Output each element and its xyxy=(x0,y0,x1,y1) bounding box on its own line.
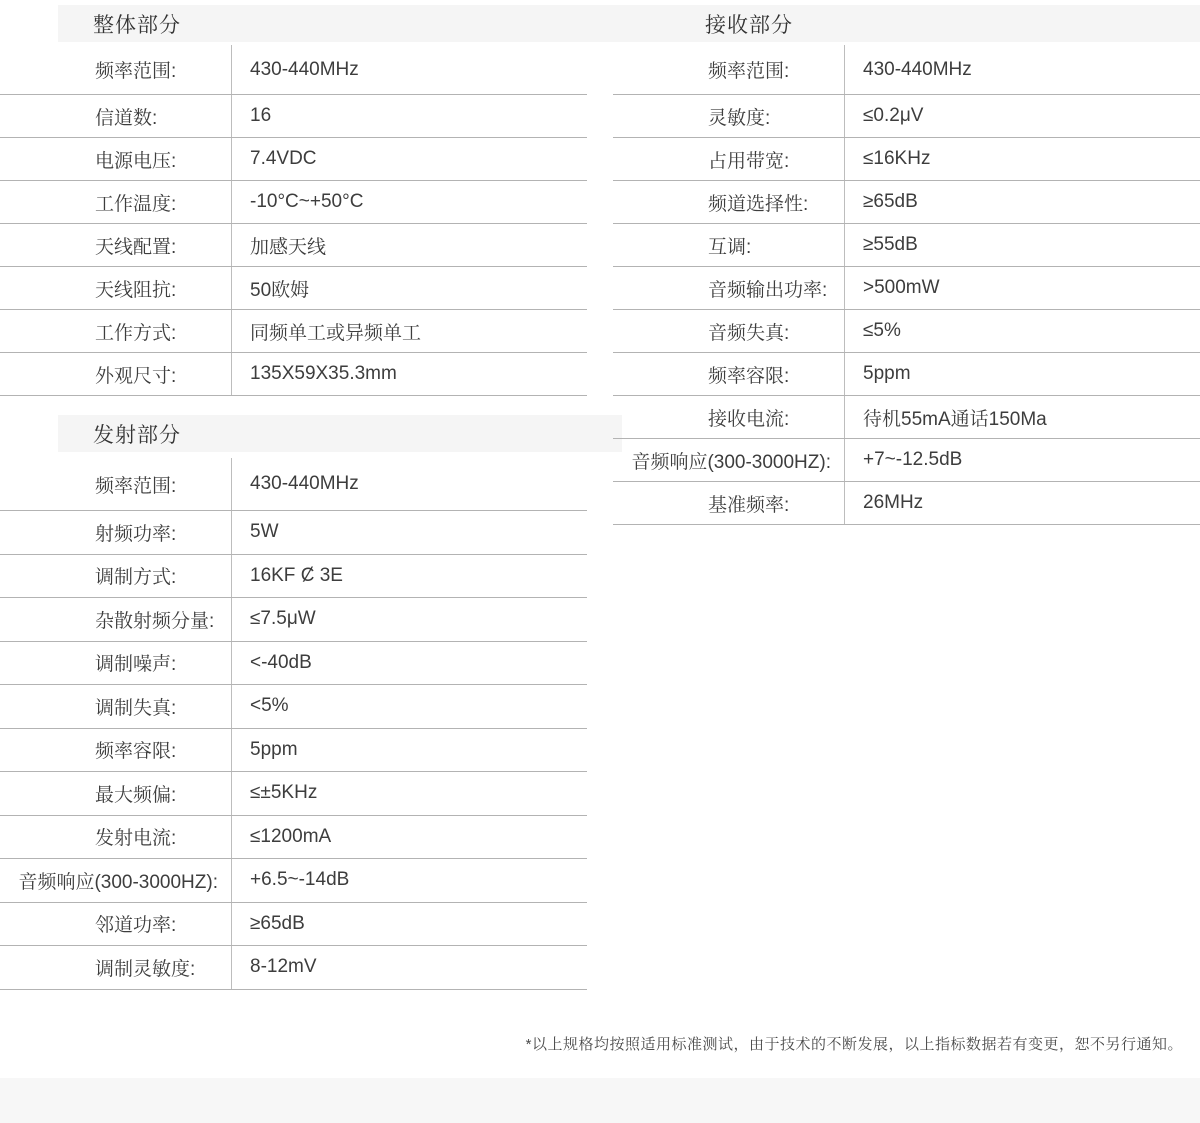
spec-label: 发射电流: xyxy=(0,816,232,859)
spec-value: ≤1200mA xyxy=(232,816,587,859)
spec-table-transmit: 频率范围:430-440MHz射频功率:5W调制方式:16KF Ȼ 3E杂散射频… xyxy=(0,458,587,990)
spec-label: 音频失真: xyxy=(613,310,845,352)
section-header-receive: 接收部分 xyxy=(613,5,1200,42)
spec-label: 天线阻抗: xyxy=(0,267,232,309)
spec-label: 接收电流: xyxy=(613,396,845,438)
spec-row: 发射电流:≤1200mA xyxy=(0,816,587,860)
spec-label: 工作方式: xyxy=(0,310,232,352)
spec-row: 频率范围:430-440MHz xyxy=(0,45,587,95)
spec-value: 5ppm xyxy=(232,729,587,772)
footer-band xyxy=(0,1078,1200,1123)
spec-value: +6.5~-14dB xyxy=(232,859,587,902)
spec-label: 调制方式: xyxy=(0,555,232,598)
spec-value: 430-440MHz xyxy=(845,45,1200,94)
spec-table-receive: 频率范围:430-440MHz灵敏度:≤0.2μV占用带宽:≤16KHz频道选择… xyxy=(613,45,1200,525)
spec-value: 50欧姆 xyxy=(232,267,587,309)
section-title: 整体部分 xyxy=(93,9,181,39)
spec-label: 外观尺寸: xyxy=(0,353,232,395)
spec-value: 16 xyxy=(232,95,587,137)
spec-row: 频率容限:5ppm xyxy=(0,729,587,773)
spec-value: ≤0.2μV xyxy=(845,95,1200,137)
section-title: 发射部分 xyxy=(93,419,181,449)
spec-value: ≥65dB xyxy=(232,903,587,946)
footnote: *以上规格均按照适用标准测试，由于技术的不断发展，以上指标数据若有变更，恕不另行… xyxy=(526,1033,1183,1054)
spec-row: 最大频偏:≤±5KHz xyxy=(0,772,587,816)
spec-label: 音频响应(300-3000HZ): xyxy=(0,859,232,902)
spec-row: 接收电流:待机55mA通话150Ma xyxy=(613,396,1200,439)
spec-label: 互调: xyxy=(613,224,845,266)
spec-label: 电源电压: xyxy=(0,138,232,180)
spec-value: ≥65dB xyxy=(845,181,1200,223)
spec-value: <5% xyxy=(232,685,587,728)
spec-row: 灵敏度:≤0.2μV xyxy=(613,95,1200,138)
spec-row: 外观尺寸:135X59X35.3mm xyxy=(0,353,587,396)
spec-label: 频道选择性: xyxy=(613,181,845,223)
spec-row: 音频响应(300-3000HZ):+7~-12.5dB xyxy=(613,439,1200,482)
spec-label: 频率范围: xyxy=(613,45,845,94)
spec-value: 待机55mA通话150Ma xyxy=(845,396,1200,438)
spec-label: 调制失真: xyxy=(0,685,232,728)
spec-label: 邻道功率: xyxy=(0,903,232,946)
spec-row: 天线阻抗:50欧姆 xyxy=(0,267,587,310)
spec-value: ≤±5KHz xyxy=(232,772,587,815)
spec-row: 邻道功率:≥65dB xyxy=(0,903,587,947)
spec-label: 射频功率: xyxy=(0,511,232,554)
spec-label: 频率容限: xyxy=(0,729,232,772)
spec-label: 工作温度: xyxy=(0,181,232,223)
spec-row: 信道数:16 xyxy=(0,95,587,138)
spec-label: 音频响应(300-3000HZ): xyxy=(613,439,845,481)
spec-label: 调制灵敏度: xyxy=(0,946,232,989)
spec-row: 工作方式:同频单工或异频单工 xyxy=(0,310,587,353)
spec-value: 同频单工或异频单工 xyxy=(232,310,587,352)
spec-label: 占用带宽: xyxy=(613,138,845,180)
spec-value: +7~-12.5dB xyxy=(845,439,1200,481)
spec-row: 频率范围:430-440MHz xyxy=(0,458,587,511)
spec-label: 基准频率: xyxy=(613,482,845,524)
spec-row: 杂散射频分量:≤7.5μW xyxy=(0,598,587,642)
spec-label: 频率范围: xyxy=(0,45,232,94)
section-header-overall: 整体部分 xyxy=(58,5,622,42)
spec-label: 灵敏度: xyxy=(613,95,845,137)
section-title: 接收部分 xyxy=(705,9,793,39)
spec-row: 频率范围:430-440MHz xyxy=(613,45,1200,95)
spec-label: 信道数: xyxy=(0,95,232,137)
spec-value: ≤5% xyxy=(845,310,1200,352)
spec-value: ≤16KHz xyxy=(845,138,1200,180)
spec-value: ≤7.5μW xyxy=(232,598,587,641)
spec-row: 调制方式:16KF Ȼ 3E xyxy=(0,555,587,599)
spec-value: >500mW xyxy=(845,267,1200,309)
spec-row: 射频功率:5W xyxy=(0,511,587,555)
spec-row: 音频失真:≤5% xyxy=(613,310,1200,353)
spec-value: 26MHz xyxy=(845,482,1200,524)
spec-row: 电源电压:7.4VDC xyxy=(0,138,587,181)
spec-row: 频率容限:5ppm xyxy=(613,353,1200,396)
spec-value: 加感天线 xyxy=(232,224,587,266)
spec-value: 7.4VDC xyxy=(232,138,587,180)
section-header-transmit: 发射部分 xyxy=(58,415,622,452)
spec-row: 基准频率:26MHz xyxy=(613,482,1200,525)
spec-sheet-page: 整体部分 频率范围:430-440MHz信道数:16电源电压:7.4VDC工作温… xyxy=(0,0,1200,1123)
spec-label: 调制噪声: xyxy=(0,642,232,685)
spec-value: 430-440MHz xyxy=(232,458,587,510)
spec-row: 音频输出功率:>500mW xyxy=(613,267,1200,310)
spec-value: 16KF Ȼ 3E xyxy=(232,555,587,598)
spec-value: -10°C~+50°C xyxy=(232,181,587,223)
spec-value: ≥55dB xyxy=(845,224,1200,266)
spec-value: 135X59X35.3mm xyxy=(232,353,587,395)
spec-row: 天线配置:加感天线 xyxy=(0,224,587,267)
spec-label: 频率容限: xyxy=(613,353,845,395)
spec-row: 频道选择性:≥65dB xyxy=(613,181,1200,224)
spec-value: 8-12mV xyxy=(232,946,587,989)
spec-row: 工作温度:-10°C~+50°C xyxy=(0,181,587,224)
spec-label: 音频输出功率: xyxy=(613,267,845,309)
spec-label: 天线配置: xyxy=(0,224,232,266)
spec-value: 430-440MHz xyxy=(232,45,587,94)
spec-row: 占用带宽:≤16KHz xyxy=(613,138,1200,181)
spec-value: 5ppm xyxy=(845,353,1200,395)
spec-value: 5W xyxy=(232,511,587,554)
spec-label: 频率范围: xyxy=(0,458,232,510)
spec-label: 杂散射频分量: xyxy=(0,598,232,641)
spec-row: 音频响应(300-3000HZ):+6.5~-14dB xyxy=(0,859,587,903)
spec-row: 调制噪声:<-40dB xyxy=(0,642,587,686)
spec-row: 调制灵敏度:8-12mV xyxy=(0,946,587,990)
spec-table-overall: 频率范围:430-440MHz信道数:16电源电压:7.4VDC工作温度:-10… xyxy=(0,45,587,396)
spec-label: 最大频偏: xyxy=(0,772,232,815)
spec-row: 调制失真:<5% xyxy=(0,685,587,729)
spec-row: 互调:≥55dB xyxy=(613,224,1200,267)
spec-value: <-40dB xyxy=(232,642,587,685)
